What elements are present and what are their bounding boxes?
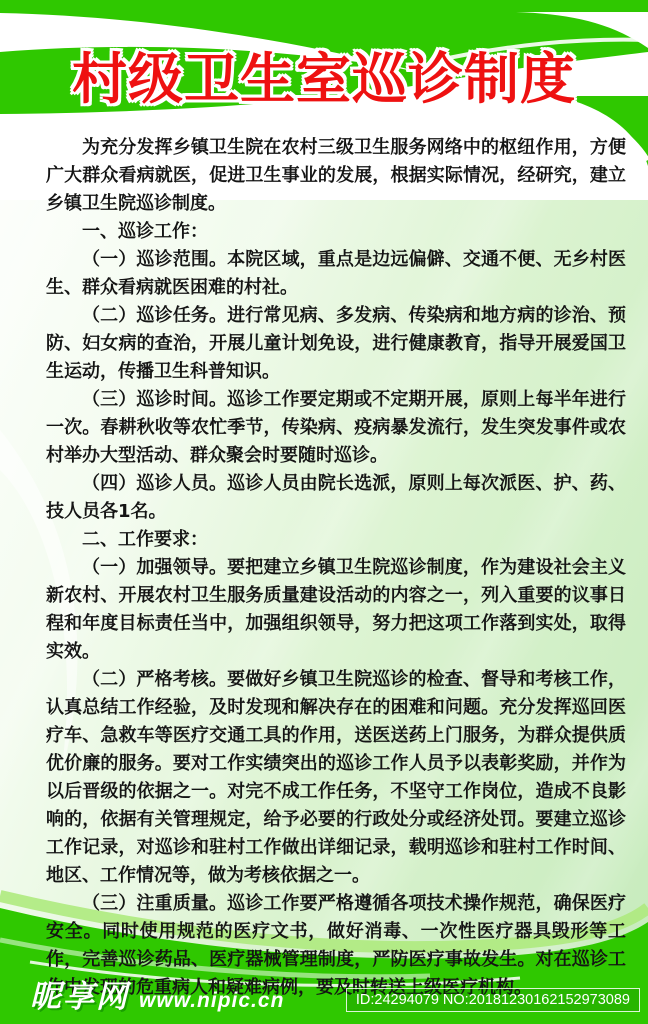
image-id-badge: ID:24294079 NO:20181230162152973089 [346, 988, 640, 1012]
intro-paragraph: 为充分发挥乡镇卫生院在农村三级卫生服务网络中的枢纽作用，方便广大群众看病就医，促… [46, 134, 626, 218]
paragraph: （二）严格考核。要做好乡镇卫生院巡诊的检查、督导和考核工作，认真总结工作经验，及… [46, 666, 626, 890]
paragraph: （一）巡诊范围。本院区域，重点是边远偏僻、交通不便、无乡村医生、群众看病就医困难… [46, 246, 626, 302]
document-body: 为充分发挥乡镇卫生院在农村三级卫生服务网络中的枢纽作用，方便广大群众看病就医，促… [46, 134, 626, 1002]
paragraph: （四）巡诊人员。巡诊人员由院长选派，原则上每次派医、护、药、技人员各1名。 [46, 470, 626, 526]
site-logo: 昵享网 www.nipic.cn [30, 971, 284, 1016]
site-url: www.nipic.cn [139, 989, 284, 1013]
paragraph: （三）巡诊时间。巡诊工作要定期或不定期开展，原则上每半年进行一次。春耕秋收等农忙… [46, 386, 626, 470]
paragraph: （一）加强领导。要把建立乡镇卫生院巡诊制度，作为建设社会主义新农村、开展农村卫生… [46, 554, 626, 666]
watermark-bar: 昵享网 www.nipic.cn ID:24294079 NO:20181230… [0, 978, 648, 1024]
page-title: 村级卫生室巡诊制度 [0, 48, 648, 110]
poster-page: 村级卫生室巡诊制度 为充分发挥乡镇卫生院在农村三级卫生服务网络中的枢纽作用，方便… [0, 0, 648, 1024]
site-name-logo: 昵享网 [30, 971, 129, 1016]
section-heading: 一、巡诊工作： [46, 218, 626, 246]
section-heading: 二、工作要求： [46, 526, 626, 554]
paragraph: （二）巡诊任务。进行常见病、多发病、传染病和地方病的诊治、预防、妇女病的查治，开… [46, 302, 626, 386]
